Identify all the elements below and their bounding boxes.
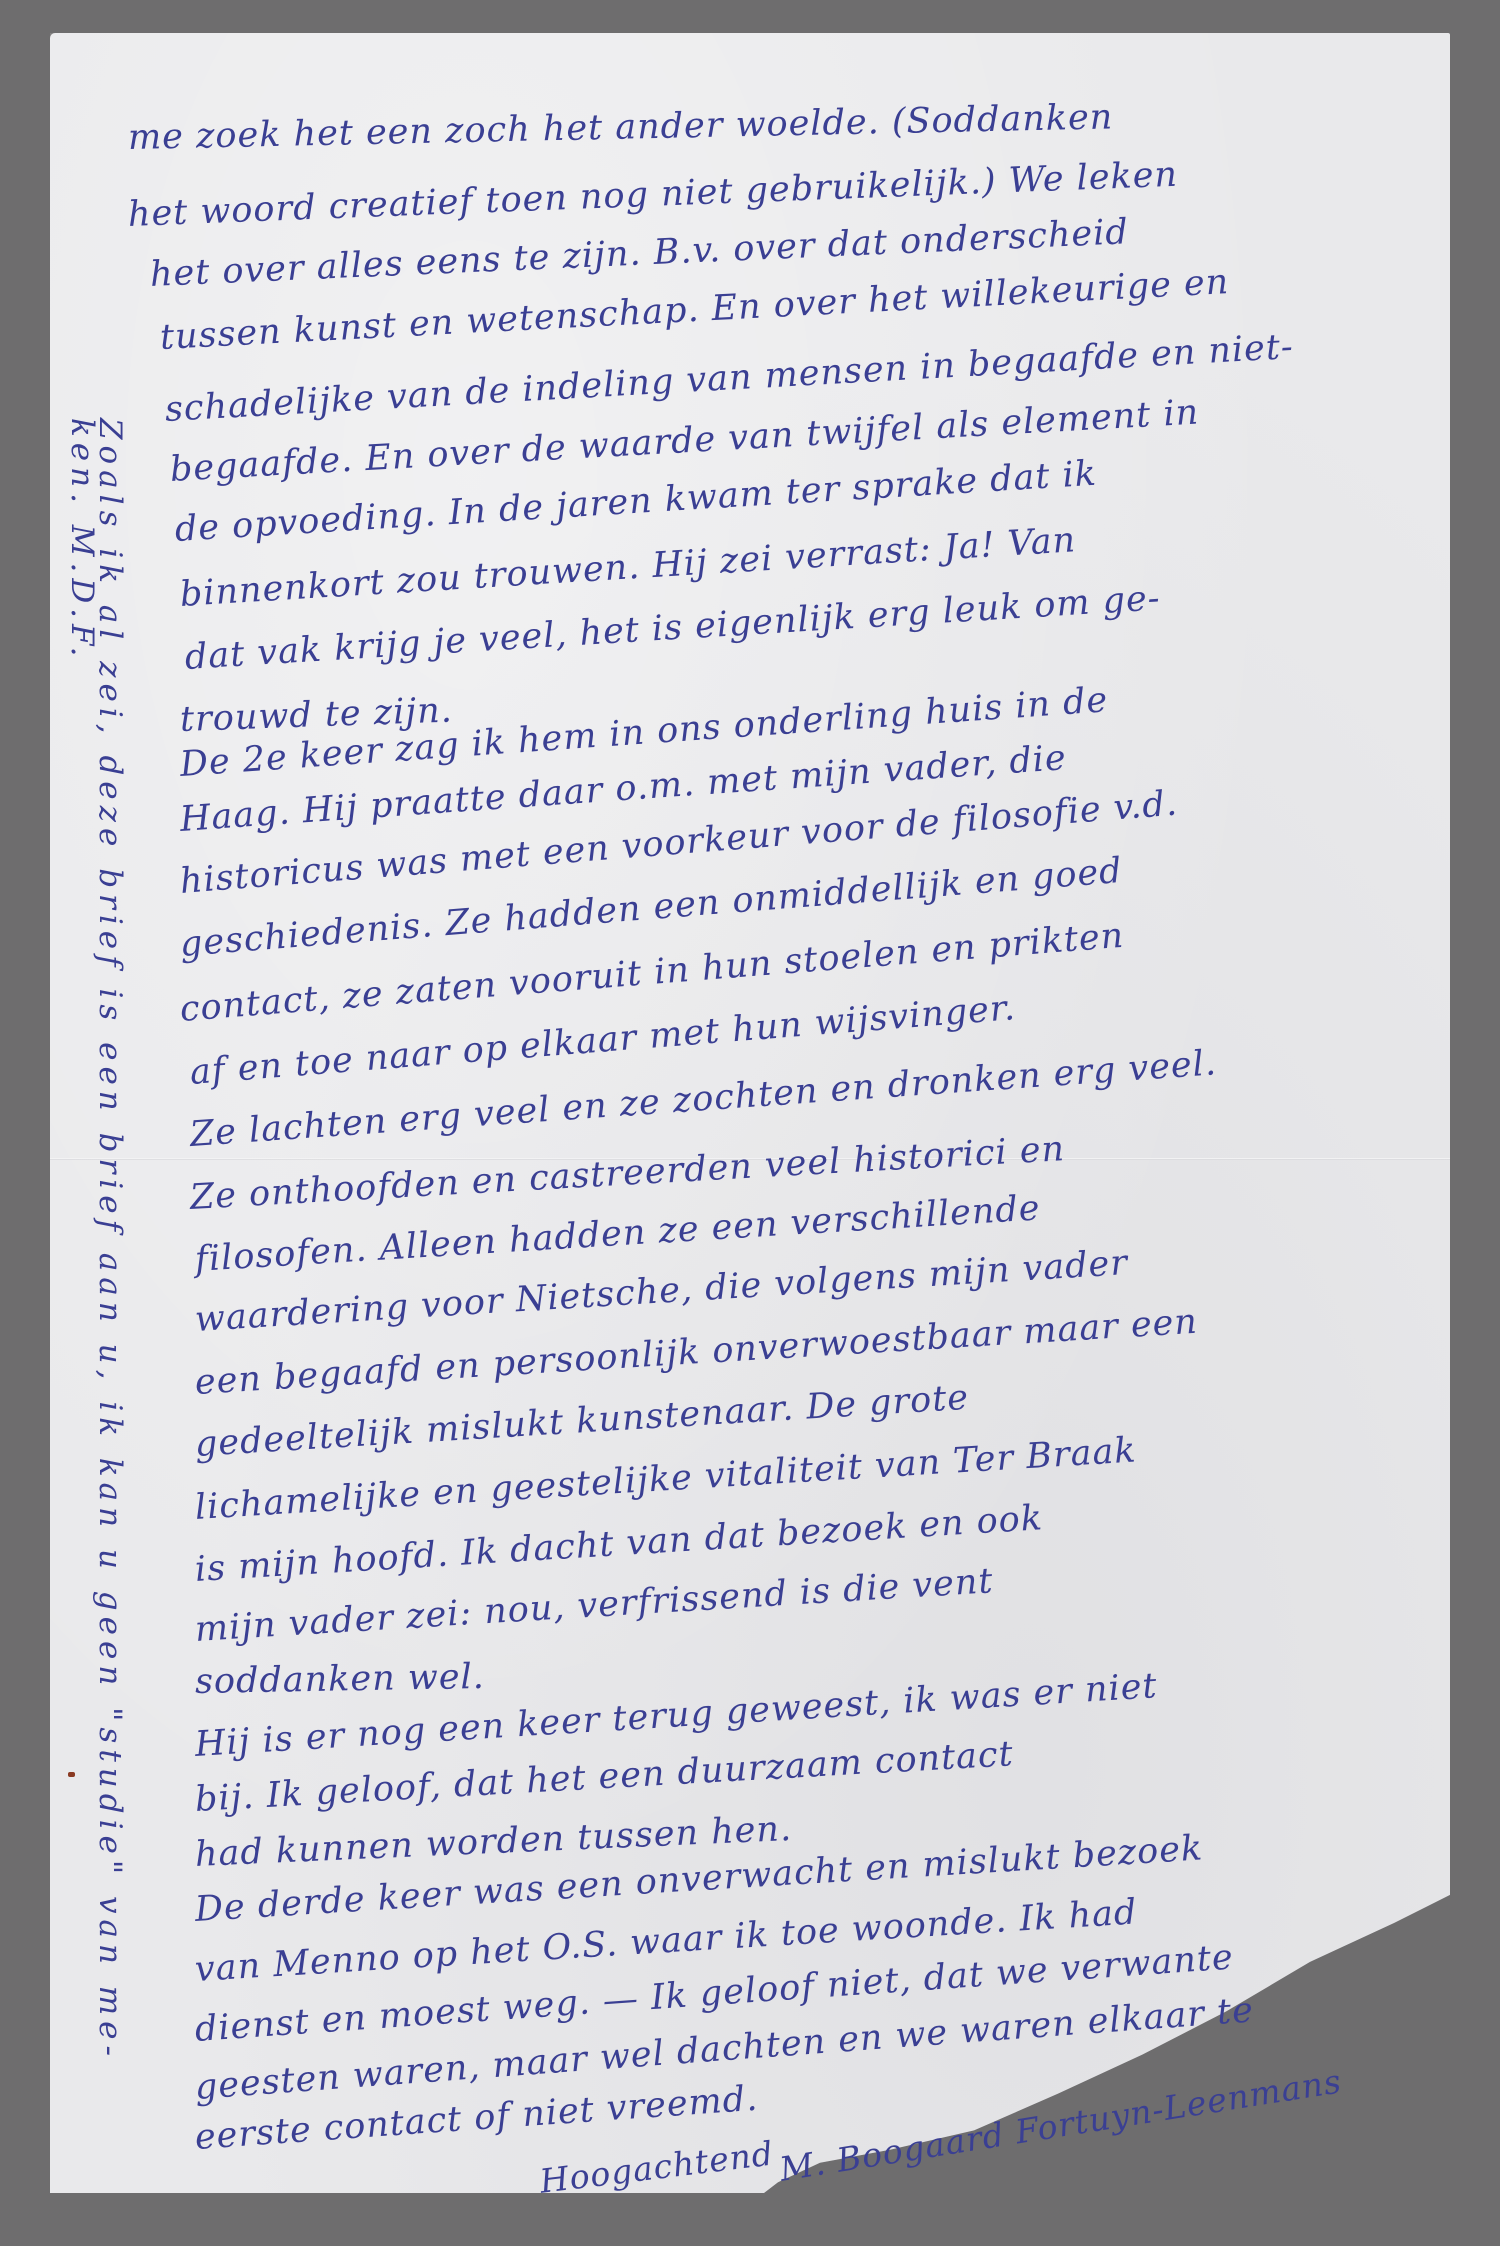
margin-note-line-2: ken. M.D.F. — [64, 418, 100, 663]
margin-note-line-1: Zoals ik al zei, deze brief is een brief… — [92, 418, 128, 2062]
letter-line: soddanken wel. — [195, 1657, 485, 1702]
ink-stain-mark — [68, 1772, 75, 1777]
